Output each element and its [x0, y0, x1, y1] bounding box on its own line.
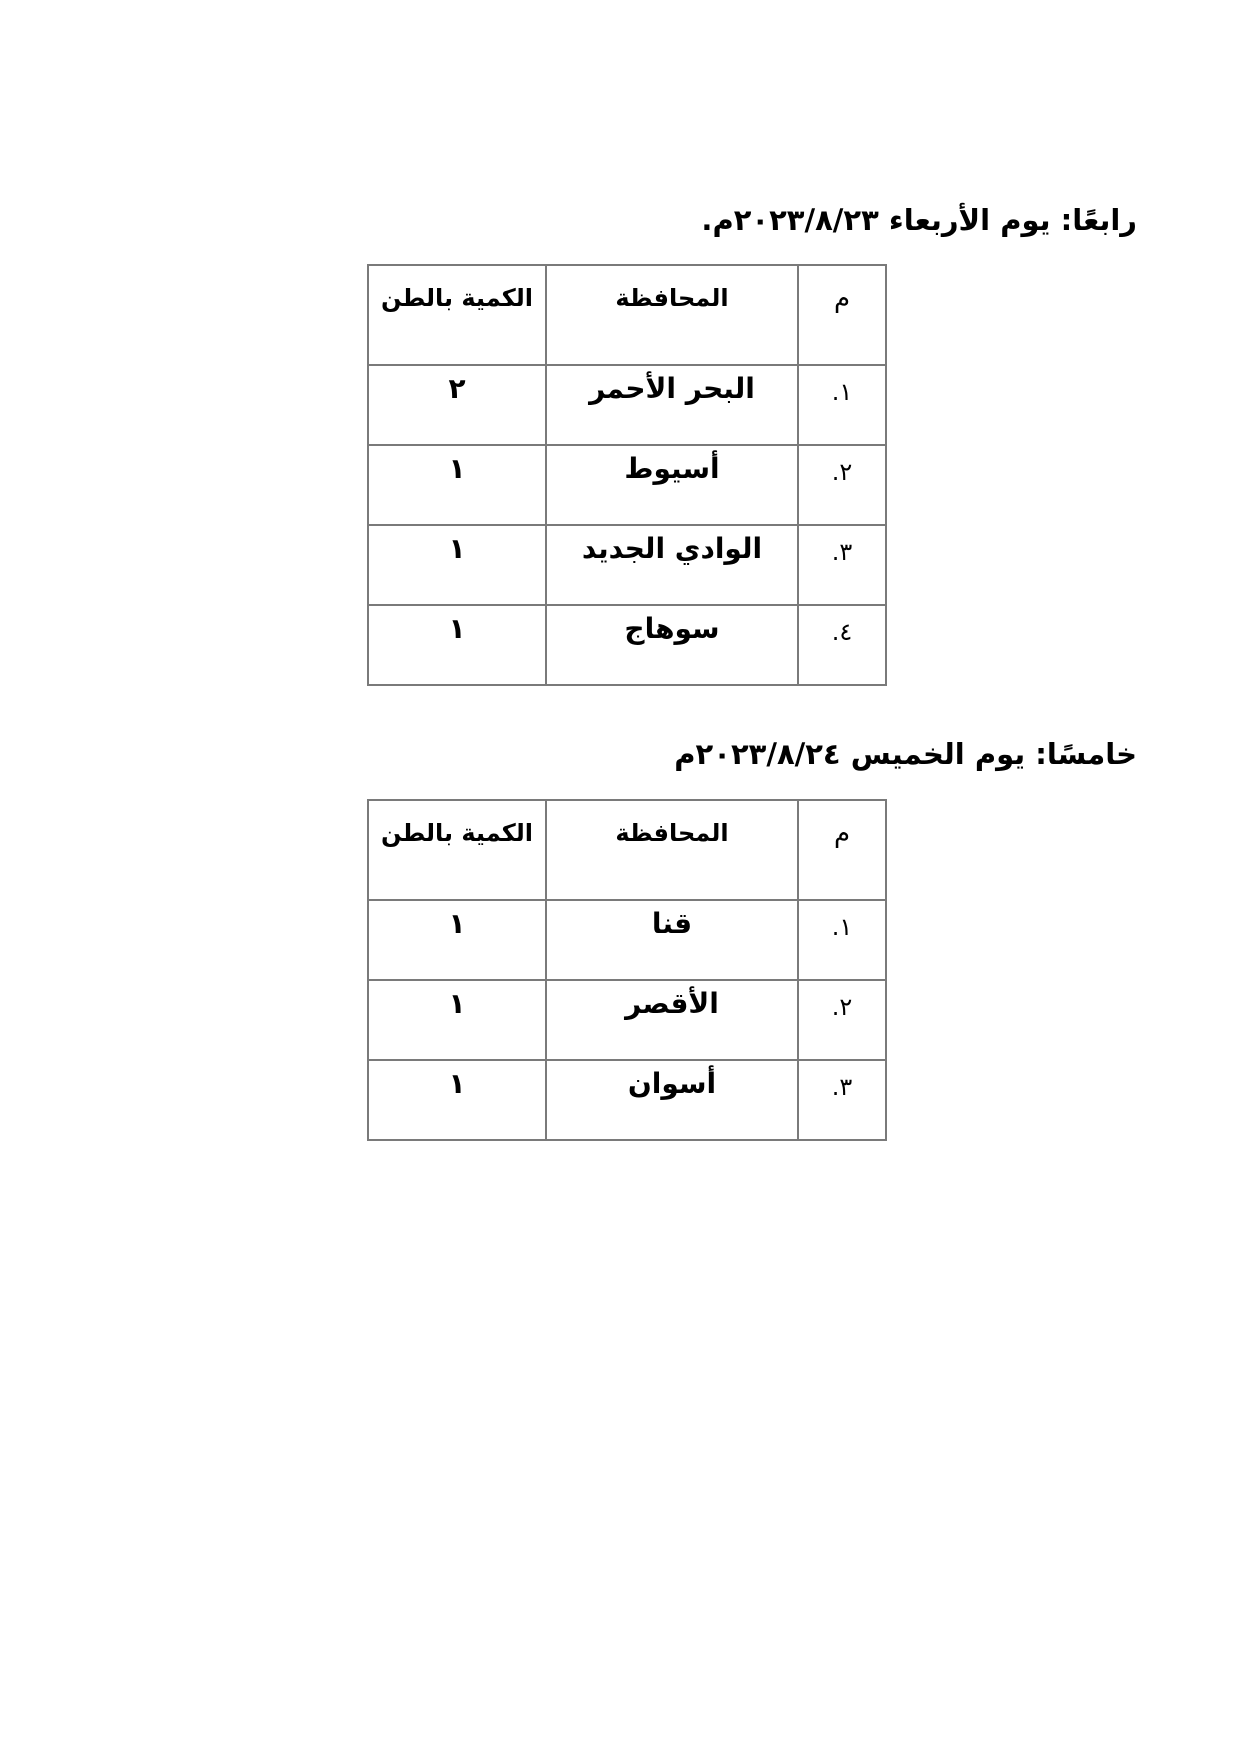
- row-governorate: أسيوط: [546, 445, 798, 525]
- column-header-quantity: الكمية بالطن: [368, 800, 546, 900]
- row-governorate: قنا: [546, 900, 798, 980]
- row-index: ٣.: [798, 1060, 886, 1140]
- row-index: ١.: [798, 900, 886, 980]
- table-header-row: م المحافظة الكمية بالطن: [368, 800, 886, 900]
- section-heading-thursday: خامسًا: يوم الخميس ٢٠٢٣/٨/٢٤م: [674, 734, 1137, 774]
- row-quantity: ١: [368, 900, 546, 980]
- table-row: ٤. سوهاج ١: [368, 605, 886, 685]
- row-quantity: ١: [368, 525, 546, 605]
- row-governorate: الأقصر: [546, 980, 798, 1060]
- table-row: ٢. الأقصر ١: [368, 980, 886, 1060]
- row-index: ٣.: [798, 525, 886, 605]
- distribution-table-wednesday: م المحافظة الكمية بالطن ١. البحر الأحمر …: [367, 264, 887, 686]
- row-governorate: أسوان: [546, 1060, 798, 1140]
- table-header-row: م المحافظة الكمية بالطن: [368, 265, 886, 365]
- distribution-table-thursday: م المحافظة الكمية بالطن ١. قنا ١ ٢. الأق…: [367, 799, 887, 1141]
- row-quantity: ١: [368, 605, 546, 685]
- table-row: ٣. أسوان ١: [368, 1060, 886, 1140]
- row-index: ١.: [798, 365, 886, 445]
- row-governorate: سوهاج: [546, 605, 798, 685]
- row-governorate: الوادي الجديد: [546, 525, 798, 605]
- table-row: ١. قنا ١: [368, 900, 886, 980]
- table-row: ١. البحر الأحمر ٢: [368, 365, 886, 445]
- table-row: ٣. الوادي الجديد ١: [368, 525, 886, 605]
- column-header-governorate: المحافظة: [546, 800, 798, 900]
- column-header-quantity: الكمية بالطن: [368, 265, 546, 365]
- column-header-index: م: [798, 265, 886, 365]
- column-header-index: م: [798, 800, 886, 900]
- row-quantity: ١: [368, 980, 546, 1060]
- row-index: ٤.: [798, 605, 886, 685]
- column-header-governorate: المحافظة: [546, 265, 798, 365]
- section-heading-wednesday: رابعًا: يوم الأربعاء ٢٠٢٣/٨/٢٣م.: [701, 200, 1137, 240]
- row-governorate: البحر الأحمر: [546, 365, 798, 445]
- row-quantity: ١: [368, 1060, 546, 1140]
- table-row: ٢. أسيوط ١: [368, 445, 886, 525]
- row-index: ٢.: [798, 445, 886, 525]
- row-quantity: ١: [368, 445, 546, 525]
- row-index: ٢.: [798, 980, 886, 1060]
- row-quantity: ٢: [368, 365, 546, 445]
